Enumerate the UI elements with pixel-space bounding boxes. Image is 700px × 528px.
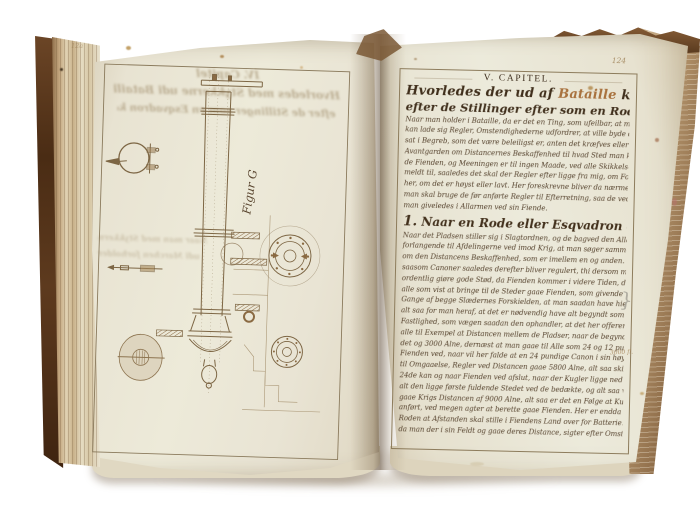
drawing-border-frame bbox=[93, 64, 350, 460]
edge-speck bbox=[672, 198, 677, 206]
cannon-barrel bbox=[186, 74, 263, 390]
left-page-number: 12a bbox=[71, 42, 83, 50]
section-number: 1. bbox=[403, 213, 417, 229]
smudge bbox=[470, 462, 484, 466]
disc-part bbox=[117, 334, 165, 381]
small-ring-part bbox=[244, 312, 254, 322]
book-photo: 12a IV. Capitel Hvorledes med Stykkerne … bbox=[0, 0, 700, 528]
foxing-spot bbox=[655, 138, 659, 142]
cannon-drawing: Figur G bbox=[91, 60, 353, 464]
figure-label: Figur G bbox=[239, 169, 260, 216]
headline-line1-accent: Bataille bbox=[558, 87, 617, 103]
text-border-frame: V. CAPITEL. Hvorledes der ud af Bataille… bbox=[391, 68, 638, 454]
rod-part bbox=[108, 264, 162, 272]
left-page-content: IV. Capitel Hvorledes med Stykkerne udi … bbox=[91, 60, 353, 464]
margin-note: 3000 fl. bbox=[610, 349, 633, 357]
foxing-spot bbox=[414, 58, 417, 60]
carriage-wheel-lower bbox=[271, 336, 303, 368]
fitting-brackets bbox=[156, 230, 267, 339]
foxing-spot bbox=[640, 392, 644, 395]
foxing-spot bbox=[300, 66, 303, 69]
foxing-spot bbox=[588, 86, 593, 90]
right-page-number: 124 bbox=[612, 56, 627, 65]
headline-line1-post: kan forholdes med Svendningen bbox=[617, 88, 631, 104]
foxing-spot bbox=[220, 55, 224, 58]
right-page-content: 124 V. CAPITEL. Hvorledes der ud af Bata… bbox=[384, 50, 656, 478]
speck bbox=[60, 68, 63, 71]
hoop-ring-part bbox=[105, 142, 158, 174]
foxing-spot bbox=[126, 46, 131, 50]
